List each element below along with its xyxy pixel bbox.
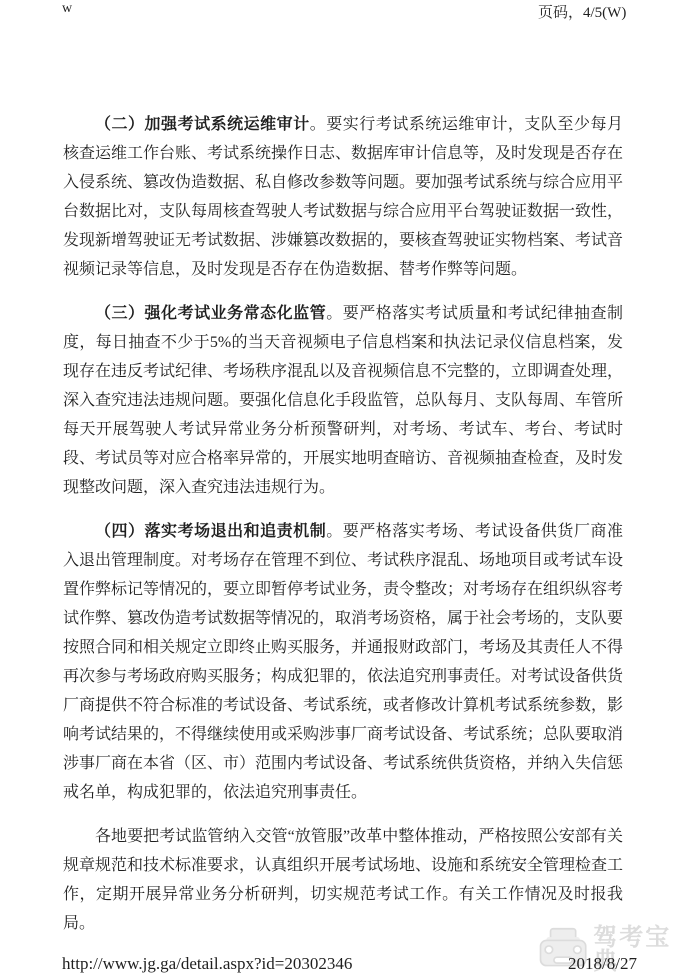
closing-body: 各地要把考试监管纳入交管“放管服”改革中整体推动，严格按照公安部有关规章规范和技… [63,828,623,932]
header-mark: w [62,1,73,17]
document-page: w 页码，4/5(W) （二）加强考试系统运维审计。要实行考试系统运维审计，支队… [0,0,690,975]
section-3-body: 。要严格落实考试质量和考试纪律抽查制度，每日抽查不少于5%的当天音视频电子信息档… [63,305,623,496]
section-2-body: 。要实行考试系统运维审计，支队至少每月核查运维工作台账、考试系统操作日志、数据库… [63,116,623,278]
section-4-body: 。要严格落实考场、考试设备供货厂商准入退出管理制度。对考场存在管理不到位、考试秩… [63,523,623,801]
print-date: 2018/8/27 [568,954,637,974]
paragraph-section-3: （三）强化考试业务常态化监管。要严格落实考试质量和考试纪律抽查制度，每日抽查不少… [63,299,623,502]
section-3-heading: （三）强化考试业务常态化监管 [95,305,326,322]
section-4-heading: （四）落实考场退出和追责机制 [95,523,326,540]
section-2-heading: （二）加强考试系统运维审计 [95,116,310,133]
paragraph-closing: 各地要把考试监管纳入交管“放管服”改革中整体推动，严格按照公安部有关规章规范和技… [63,822,623,938]
paragraph-section-2: （二）加强考试系统运维审计。要实行考试系统运维审计，支队至少每月核查运维工作台账… [63,110,623,284]
document-body: （二）加强考试系统运维审计。要实行考试系统运维审计，支队至少每月核查运维工作台账… [63,110,623,953]
page-number-label: 页码，4/5(W) [538,1,626,22]
source-url: http://www.jg.ga/detail.aspx?id=20302346 [62,954,352,974]
paragraph-section-4: （四）落实考场退出和追责机制。要严格落实考场、考试设备供货厂商准入退出管理制度。… [63,517,623,807]
